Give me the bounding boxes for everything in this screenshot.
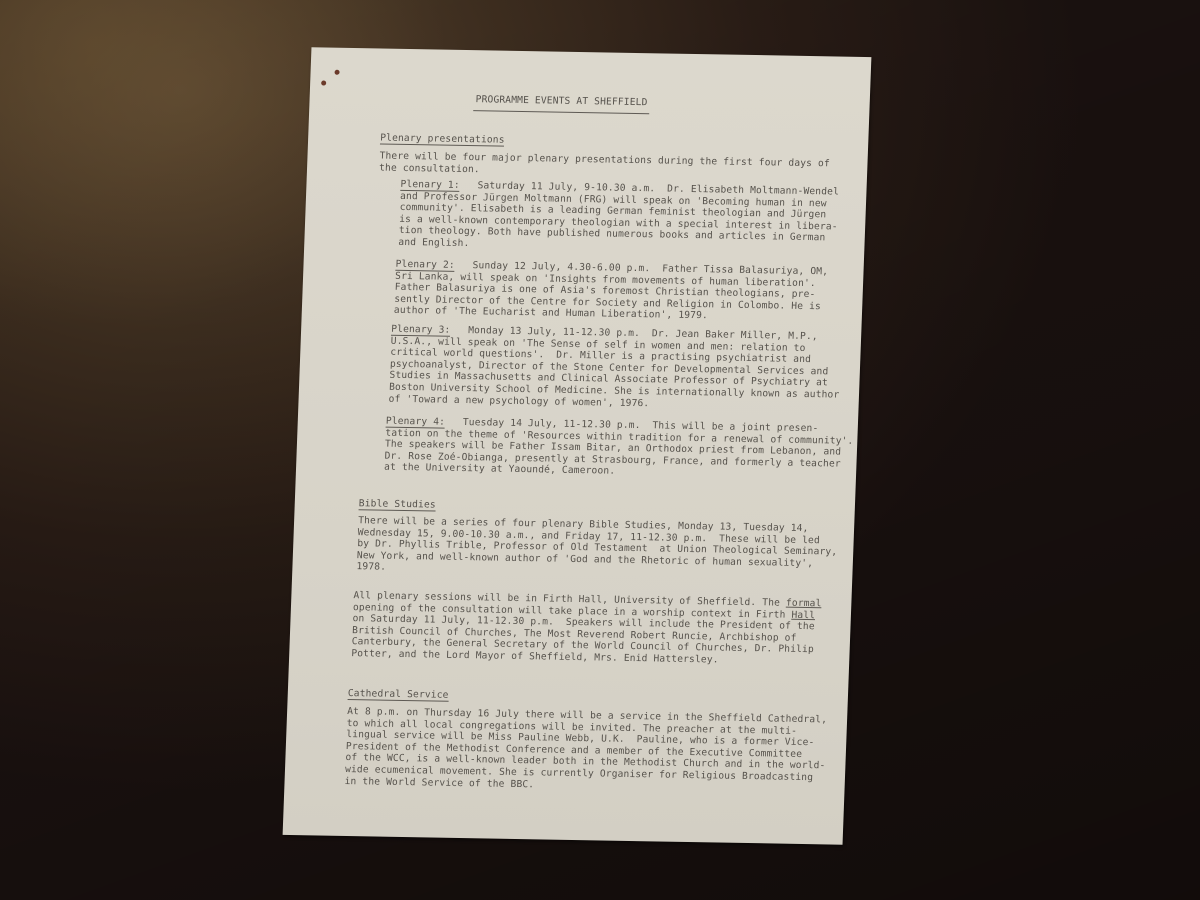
venue-underlined-formal: formal [786, 598, 822, 610]
plenary-3-body: U.S.A., will speak on 'The Sense of self… [388, 335, 839, 408]
plenary-4-body: tation on the theme of 'Resources within… [384, 427, 854, 477]
bible-studies-body: There will be a series of four plenary B… [356, 515, 838, 581]
plenary-1-body: and Professor Jürgen Moltmann (FRG) will… [398, 190, 838, 249]
plenary-intro: There will be four major plenary present… [379, 151, 830, 182]
page-title: PROGRAMME EVENTS AT SHEFFIELD [473, 94, 649, 114]
plenary-4: Plenary 4: Tuesday 14 July, 11-12.30 p.m… [384, 416, 854, 482]
section-heading-plenary: Plenary presentations [380, 133, 505, 147]
plenary-2-body: Sri Lanka, will speak on 'Insights from … [394, 270, 821, 321]
cathedral-body: At 8 p.m. on Thursday 16 July there will… [344, 706, 827, 795]
document-page: PROGRAMME EVENTS AT SHEFFIELD Plenary pr… [283, 47, 872, 844]
venue-body: on Saturday 11 July, 11-12.30 p.m. Speak… [351, 613, 815, 665]
document-content: PROGRAMME EVENTS AT SHEFFIELD Plenary pr… [283, 47, 872, 844]
plenary-1: Plenary 1: Saturday 11 July, 9-10.30 a.m… [398, 179, 839, 256]
venue-underlined-hall: Hall [791, 609, 815, 620]
plenary-2: Plenary 2: Sunday 12 July, 4.30-6.00 p.m… [394, 259, 829, 324]
section-heading-bible-studies: Bible Studies [359, 498, 436, 511]
section-heading-cathedral: Cathedral Service [348, 688, 449, 702]
venue-paragraph: All plenary sessions will be in Firth Ha… [351, 590, 822, 668]
plenary-3: Plenary 3: Monday 13 July, 11-12.30 p.m.… [388, 324, 841, 413]
